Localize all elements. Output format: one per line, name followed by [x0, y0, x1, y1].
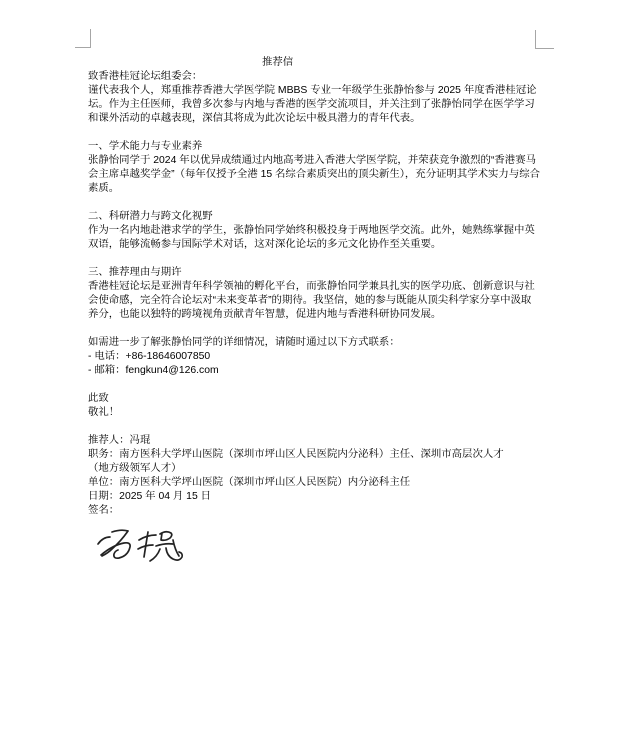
letter-content: 推荐信 致香港桂冠论坛组委会： 谨代表我个人，郑重推荐香港大学医学院 MBBS … — [88, 56, 540, 568]
margin-crop-mark-top-left — [75, 29, 91, 48]
closing-line-2: 敬礼！ — [88, 406, 540, 420]
signer-position-line-2: （地方级领军人才） — [88, 462, 540, 476]
section-2-body: 作为一名内地赴港求学的学生，张静怡同学始终积极投身于两地医学交流。此外，她熟练掌… — [88, 224, 540, 252]
section-3-body: 香港桂冠论坛是亚洲青年科学领袖的孵化平台，而张静怡同学兼具扎实的医学功底、创新意… — [88, 280, 540, 322]
signature-label: 签名： — [88, 504, 540, 518]
closing-line-1: 此致 — [88, 392, 540, 406]
signer-name-line: 推荐人：冯琨 — [88, 434, 540, 448]
handwritten-signature — [92, 524, 188, 568]
margin-crop-mark-top-right — [535, 30, 554, 49]
contact-email: - 邮箱：fengkun4@126.com — [88, 364, 540, 378]
signer-position-line-1: 职务：南方医科大学坪山医院（深圳市坪山区人民医院内分泌科）主任、深圳市高层次人才 — [88, 448, 540, 462]
intro-paragraph: 谨代表我个人，郑重推荐香港大学医学院 MBBS 专业一年级学生张静怡参与 202… — [88, 84, 540, 126]
contact-phone: - 电话：+86-18646007850 — [88, 350, 540, 364]
salutation: 致香港桂冠论坛组委会： — [88, 70, 540, 84]
section-3-heading: 三、推荐理由与期许 — [88, 266, 540, 280]
document-title: 推荐信 — [88, 56, 540, 70]
section-2-heading: 二、科研潜力与跨文化视野 — [88, 210, 540, 224]
signer-date-line: 日期：2025 年 04 月 15 日 — [88, 490, 540, 504]
contact-intro: 如需进一步了解张静怡同学的详细情况，请随时通过以下方式联系： — [88, 336, 540, 350]
section-1-body: 张静怡同学于 2024 年以优异成绩通过内地高考进入香港大学医学院，并荣获竞争激… — [88, 154, 540, 196]
section-1-heading: 一、学术能力与专业素养 — [88, 140, 540, 154]
signer-unit-line: 单位：南方医科大学坪山医院（深圳市坪山区人民医院）内分泌科主任 — [88, 476, 540, 490]
document-page: 推荐信 致香港桂冠论坛组委会： 谨代表我个人，郑重推荐香港大学医学院 MBBS … — [0, 0, 630, 756]
